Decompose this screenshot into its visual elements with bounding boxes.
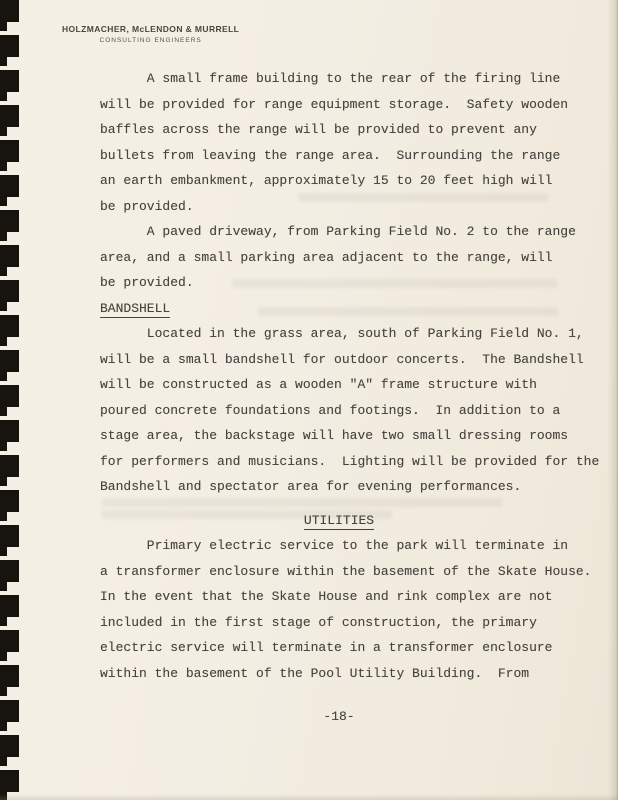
text-line: an earth embankment, approximately 15 to… bbox=[100, 168, 578, 194]
text-line: bullets from leaving the range area. Sur… bbox=[100, 143, 578, 169]
paragraph-firing-range-building: A small frame building to the rear of th… bbox=[100, 66, 578, 219]
text-line: poured concrete foundations and footings… bbox=[100, 398, 578, 424]
text-line: for performers and musicians. Lighting w… bbox=[100, 449, 578, 475]
text-line: stage area, the backstage will have two … bbox=[100, 423, 578, 449]
letterhead: HOLZMACHER, McLENDON & MURRELL CONSULTIN… bbox=[62, 24, 239, 44]
text-line: electric service will terminate in a tra… bbox=[100, 635, 578, 661]
text-line: baffles across the range will be provide… bbox=[100, 117, 578, 143]
text-line: be provided. bbox=[100, 194, 578, 220]
paragraph-paved-driveway: A paved driveway, from Parking Field No.… bbox=[100, 219, 578, 296]
text-line: A small frame building to the rear of th… bbox=[100, 66, 578, 92]
text-line: In the event that the Skate House and ri… bbox=[100, 584, 578, 610]
text-line: within the basement of the Pool Utility … bbox=[100, 661, 578, 687]
section-heading-bandshell-text: BANDSHELL bbox=[100, 301, 170, 318]
section-heading-utilities-text: UTILITIES bbox=[304, 513, 374, 530]
text-line: will be a small bandshell for outdoor co… bbox=[100, 347, 578, 373]
section-heading-utilities: UTILITIES bbox=[100, 508, 578, 534]
text-line: A paved driveway, from Parking Field No.… bbox=[100, 219, 578, 245]
text-line: Located in the grass area, south of Park… bbox=[100, 321, 578, 347]
text-line: area, and a small parking area adjacent … bbox=[100, 245, 578, 271]
text-line: Bandshell and spectator area for evening… bbox=[100, 474, 578, 500]
page-bottom-shadow bbox=[0, 794, 618, 800]
text-line: be provided. bbox=[100, 270, 578, 296]
text-line: included in the first stage of construct… bbox=[100, 610, 578, 636]
text-line: will be provided for range equipment sto… bbox=[100, 92, 578, 118]
section-heading-bandshell: BANDSHELL bbox=[100, 296, 578, 322]
comb-binding-teeth bbox=[0, 0, 19, 800]
page-edge-shadow bbox=[608, 0, 618, 800]
page-number: -18- bbox=[100, 704, 578, 730]
text-line: Primary electric service to the park wil… bbox=[100, 533, 578, 559]
paragraph-utilities: Primary electric service to the park wil… bbox=[100, 533, 578, 686]
paragraph-bandshell: Located in the grass area, south of Park… bbox=[100, 321, 578, 500]
firm-name: HOLZMACHER, McLENDON & MURRELL bbox=[62, 24, 239, 34]
text-line: a transformer enclosure within the basem… bbox=[100, 559, 578, 585]
firm-subtitle: CONSULTING ENGINEERS bbox=[62, 37, 239, 44]
text-line: will be constructed as a wooden "A" fram… bbox=[100, 372, 578, 398]
document-body: A small frame building to the rear of th… bbox=[100, 66, 578, 730]
